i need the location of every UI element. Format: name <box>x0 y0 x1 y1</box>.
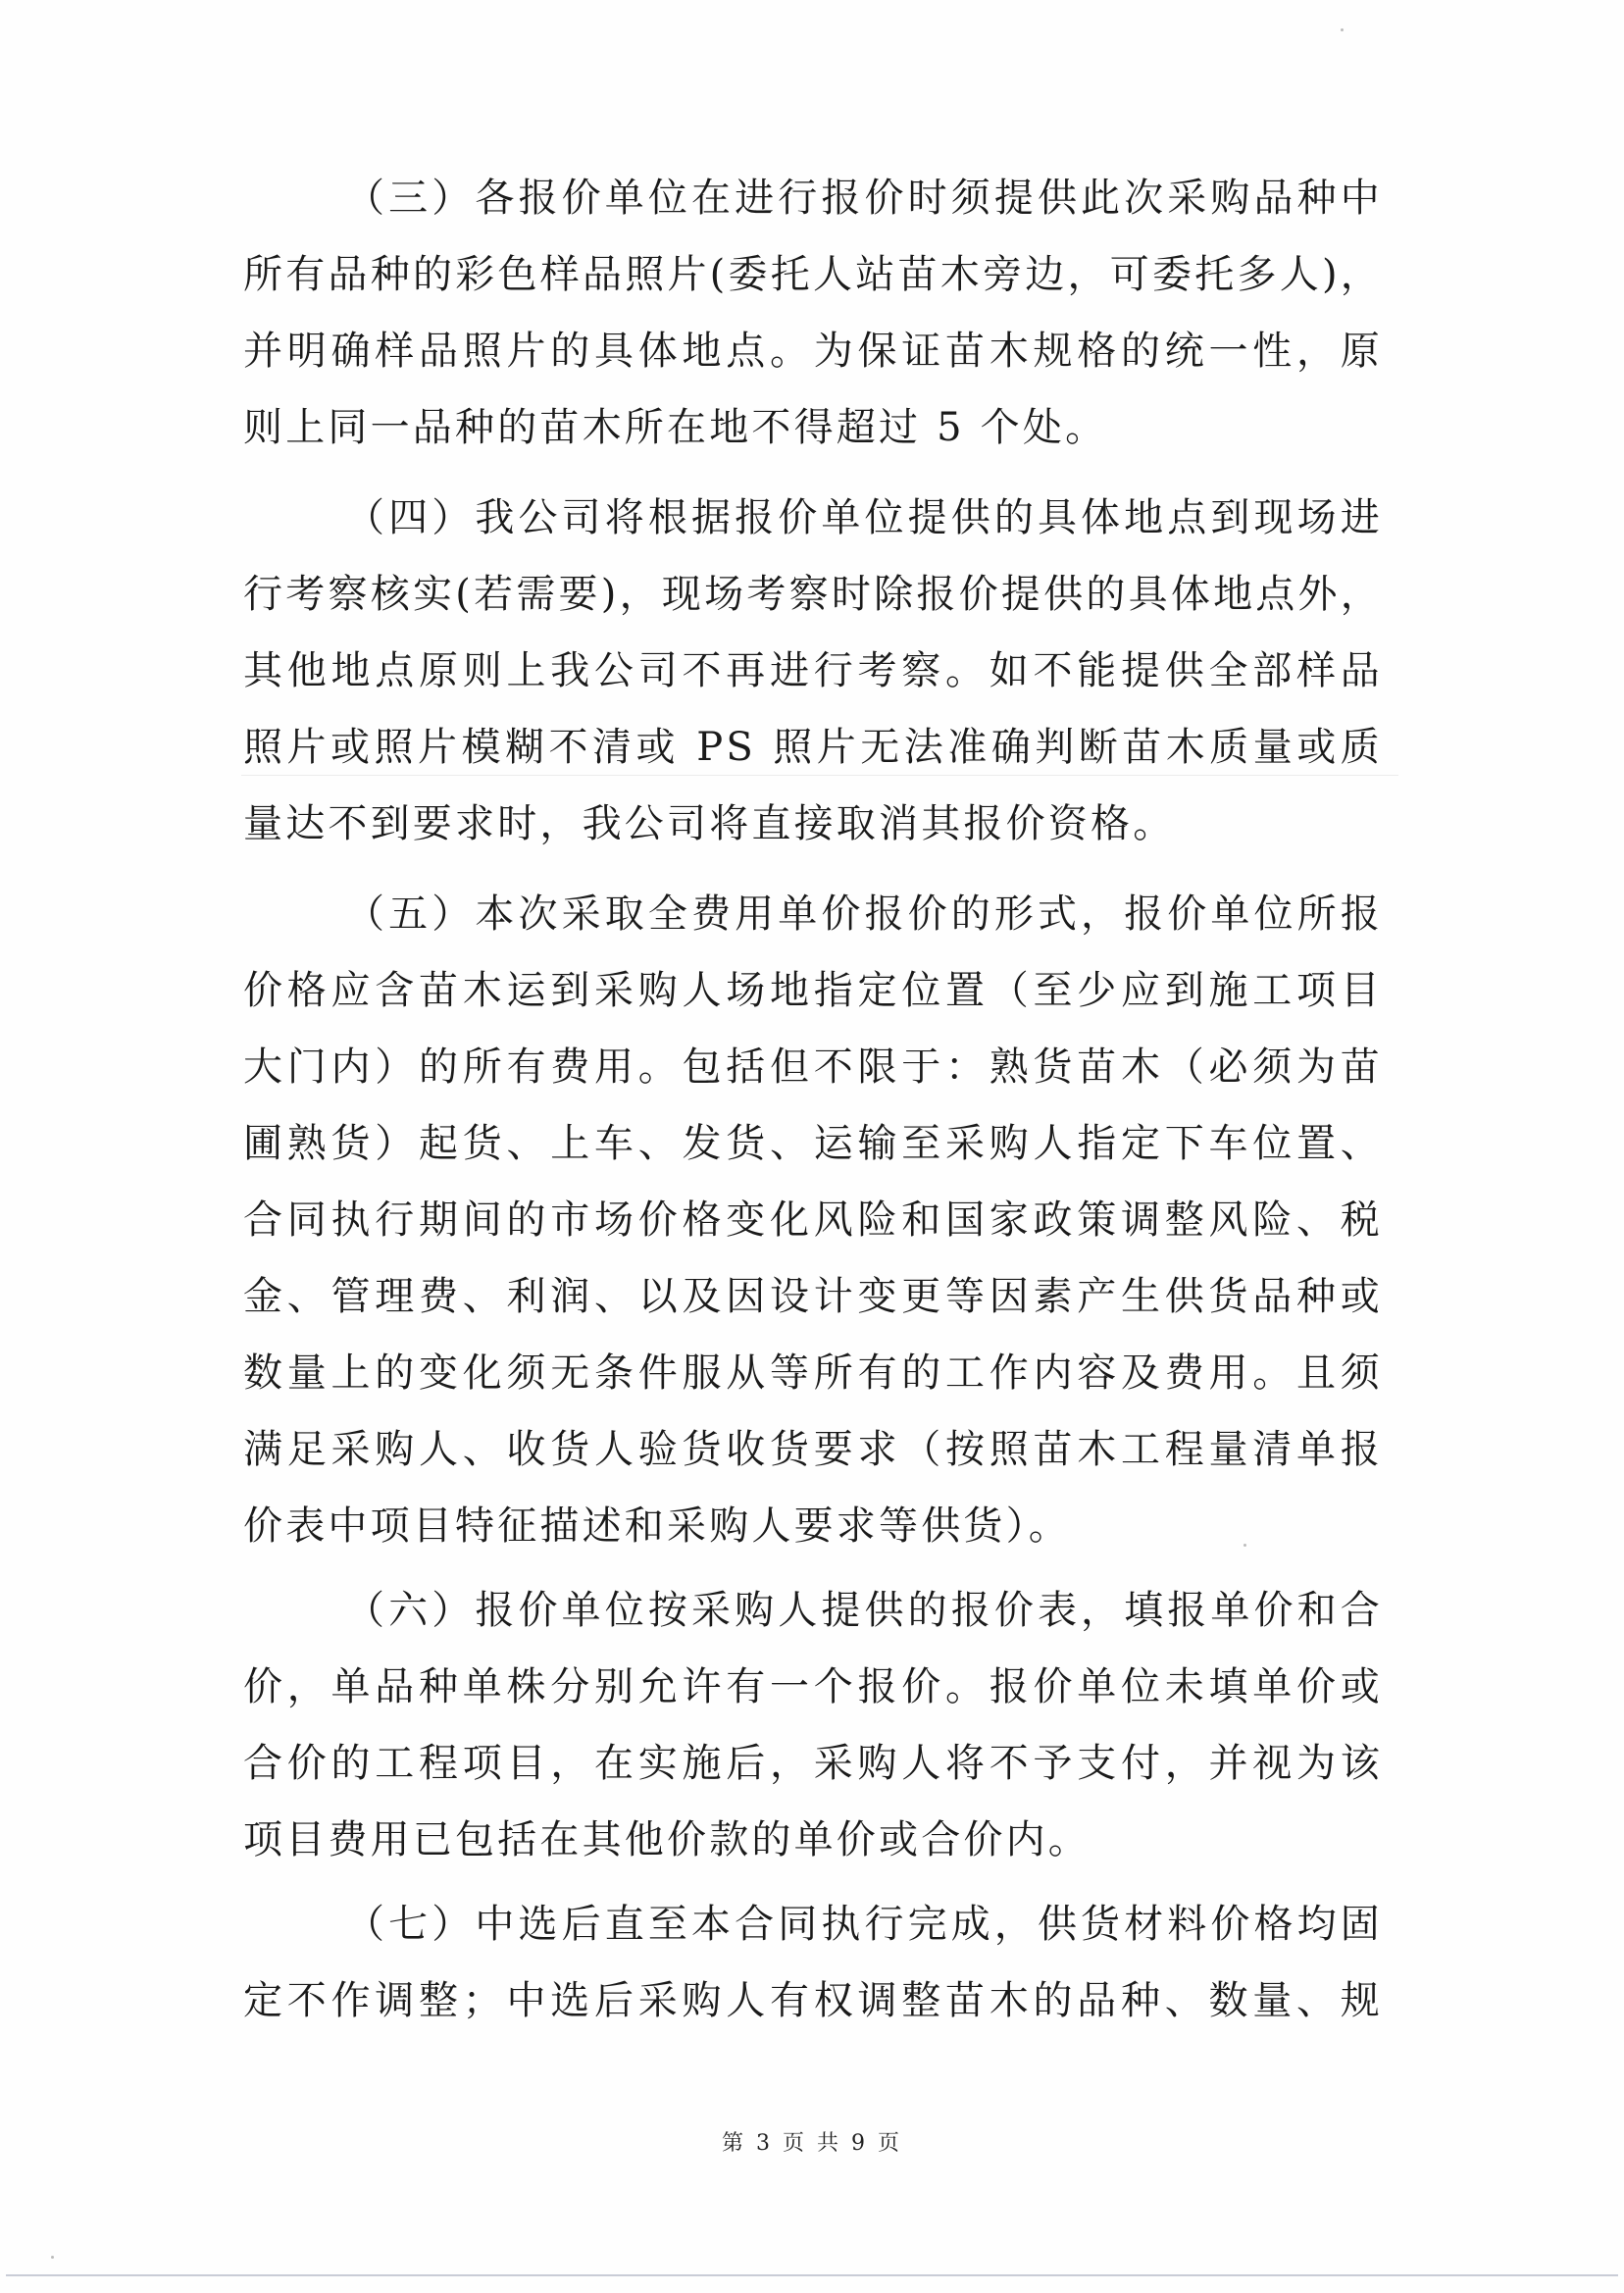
scan-edge-line <box>6 2274 1618 2276</box>
document-page: （三）各报价单位在进行报价时须提供此次采购品种中 所有品种的彩色样品照片(委托人… <box>0 0 1624 2293</box>
scan-speck <box>51 2256 54 2259</box>
paragraph-5-line-5: 合同执行期间的市场价格变化风险和国家政策调整风险、税 <box>243 1191 1383 1249</box>
paragraph-7-line-2: 定不作调整；中选后采购人有权调整苗木的品种、数量、规 <box>243 1971 1383 2030</box>
paragraph-3-line-4: 则上同一品种的苗木所在地不得超过 5 个处。 <box>243 398 1383 457</box>
paragraph-5-line-1: （五）本次采取全费用单价报价的形式，报价单位所报 <box>345 885 1383 943</box>
paragraph-5-line-4: 圃熟货）起货、上车、发货、运输至采购人指定下车位置、 <box>243 1114 1383 1173</box>
paragraph-5-line-3: 大门内）的所有费用。包括但不限于：熟货苗木（必须为苗 <box>243 1038 1383 1096</box>
paragraph-5-line-9: 价表中项目特征描述和采购人要求等供货）。 <box>243 1497 1383 1555</box>
paragraph-6-line-1: （六）报价单位按采购人提供的报价表，填报单价和合 <box>345 1581 1383 1640</box>
paragraph-3-line-2: 所有品种的彩色样品照片(委托人站苗木旁边，可委托多人)， <box>243 245 1383 304</box>
paragraph-5-line-2: 价格应含苗木运到采购人场地指定位置（至少应到施工项目 <box>243 961 1383 1020</box>
scan-speck <box>1341 28 1344 31</box>
paragraph-7-line-1: （七）中选后直至本合同执行完成，供货材料价格均固 <box>345 1895 1383 1954</box>
paragraph-5-line-6: 金、管理费、利润、以及因设计变更等因素产生供货品种或 <box>243 1267 1383 1326</box>
paragraph-4-line-2: 行考察核实(若需要)，现场考察时除报价提供的具体地点外， <box>243 565 1383 624</box>
paragraph-5-line-8: 满足采购人、收货人验货收货要求（按照苗木工程量清单报 <box>243 1420 1383 1479</box>
paragraph-6-line-3: 合价的工程项目，在实施后，采购人将不予支付，并视为该 <box>243 1734 1383 1793</box>
scan-speck <box>1243 1544 1246 1547</box>
paragraph-3-line-1: （三）各报价单位在进行报价时须提供此次采购品种中 <box>345 169 1383 228</box>
paragraph-3-line-3: 并明确样品照片的具体地点。为保证苗木规格的统一性，原 <box>243 322 1383 381</box>
paragraph-4-line-5: 量达不到要求时，我公司将直接取消其报价资格。 <box>243 794 1383 853</box>
page-number-footer: 第 3 页 共 9 页 <box>0 2126 1624 2157</box>
paragraph-6-line-2: 价，单品种单株分别允许有一个报价。报价单位未填单价或 <box>243 1657 1383 1716</box>
paragraph-5-line-7: 数量上的变化须无条件服从等所有的工作内容及费用。且须 <box>243 1344 1383 1402</box>
paragraph-4-line-1: （四）我公司将根据报价单位提供的具体地点到现场进 <box>345 488 1383 547</box>
paragraph-4-line-4: 照片或照片模糊不清或 PS 照片无法准确判断苗木质量或质 <box>243 718 1383 777</box>
paragraph-4-line-3: 其他地点原则上我公司不再进行考察。如不能提供全部样品 <box>243 641 1383 700</box>
paragraph-6-line-4: 项目费用已包括在其他价款的单价或合价内。 <box>243 1810 1383 1869</box>
